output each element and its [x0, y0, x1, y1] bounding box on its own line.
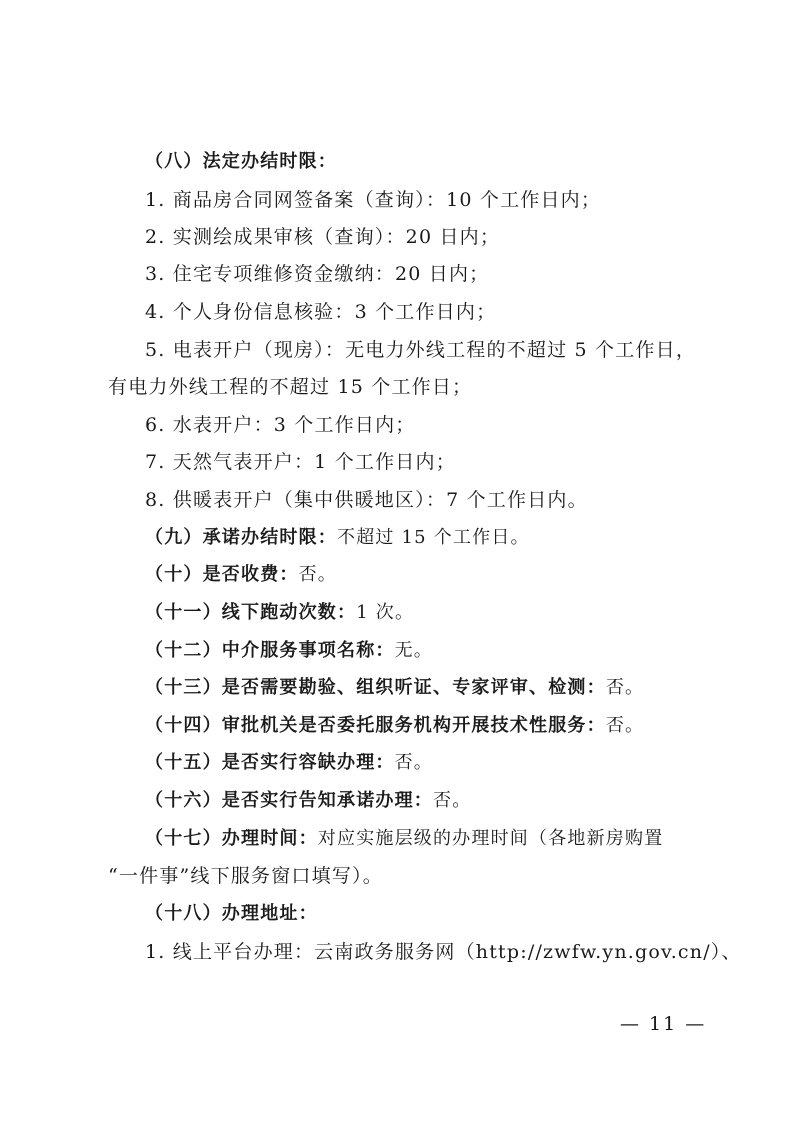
section-heading-15: （十五）是否实行容缺办理：否。	[145, 751, 433, 775]
list-item: 4. 个人身份信息核验：3 个工作日内；	[145, 300, 496, 324]
heading-label: （八）法定办结时限：	[145, 151, 337, 172]
page-number: — 11 —	[620, 1013, 706, 1035]
heading-value: 否。	[299, 564, 337, 585]
heading-label: （九）承诺办结时限：	[145, 527, 337, 548]
heading-value: 1 次。	[356, 602, 414, 623]
heading-value: 不超过 15 个工作日。	[337, 527, 530, 548]
section-heading-10: （十）是否收费：否。	[145, 563, 337, 587]
heading-value: 对应实施层级的办理时间（各地新房购置	[318, 828, 664, 849]
list-item: 6. 水表开户：3 个工作日内；	[145, 413, 416, 437]
heading-label: （十八）办理地址：	[145, 903, 318, 924]
section-heading-11: （十一）线下跑动次数：1 次。	[145, 601, 414, 625]
list-item: 8. 供暖表开户（集中供暖地区）：7 个工作日内。	[145, 488, 588, 512]
list-item: 1. 商品房合同网签备案（查询）：10 个工作日内；	[145, 188, 601, 212]
section-heading-14: （十四）审批机关是否委托服务机构开展技术性服务：否。	[145, 714, 644, 738]
section-heading-9: （九）承诺办结时限：不超过 15 个工作日。	[145, 526, 530, 550]
heading-label: （十六）是否实行告知承诺办理：	[145, 790, 433, 811]
list-item: 1. 线上平台办理：云南政务服务网（http://zwfw.yn.gov.cn/…	[145, 940, 742, 964]
heading-label: （十一）线下跑动次数：	[145, 602, 356, 623]
section-heading-12: （十二）中介服务事项名称：无。	[145, 639, 433, 663]
section-heading-18: （十八）办理地址：	[145, 902, 318, 926]
heading-value: 否。	[433, 790, 471, 811]
heading-value: 无。	[395, 640, 433, 661]
heading-continuation: “一件事”线下服务窗口填写）。	[108, 864, 383, 888]
section-heading-8: （八）法定办结时限：	[145, 150, 337, 174]
heading-value: 否。	[395, 752, 433, 773]
section-heading-16: （十六）是否实行告知承诺办理：否。	[145, 789, 471, 813]
heading-label: （十七）办理时间：	[145, 828, 318, 849]
heading-label: （十）是否收费：	[145, 564, 299, 585]
heading-label: （十五）是否实行容缺办理：	[145, 752, 395, 773]
list-item-continuation: 有电力外线工程的不超过 15 个工作日；	[108, 375, 472, 399]
heading-label: （十三）是否需要勘验、组织听证、专家评审、检测：	[145, 677, 606, 698]
section-heading-17: （十七）办理时间：对应实施层级的办理时间（各地新房购置	[145, 827, 663, 851]
heading-value: 否。	[606, 677, 644, 698]
heading-label: （十二）中介服务事项名称：	[145, 640, 395, 661]
list-item: 7. 天然气表开户：1 个工作日内；	[145, 450, 456, 474]
heading-value: 否。	[606, 715, 644, 736]
section-heading-13: （十三）是否需要勘验、组织听证、专家评审、检测：否。	[145, 676, 644, 700]
list-item: 2. 实测绘成果审核（查询）：20 日内；	[145, 225, 500, 249]
list-item: 3. 住宅专项维修资金缴纳：20 日内；	[145, 262, 489, 286]
list-item: 5. 电表开户（现房）：无电力外线工程的不超过 5 个工作日，	[145, 338, 696, 362]
heading-label: （十四）审批机关是否委托服务机构开展技术性服务：	[145, 715, 606, 736]
